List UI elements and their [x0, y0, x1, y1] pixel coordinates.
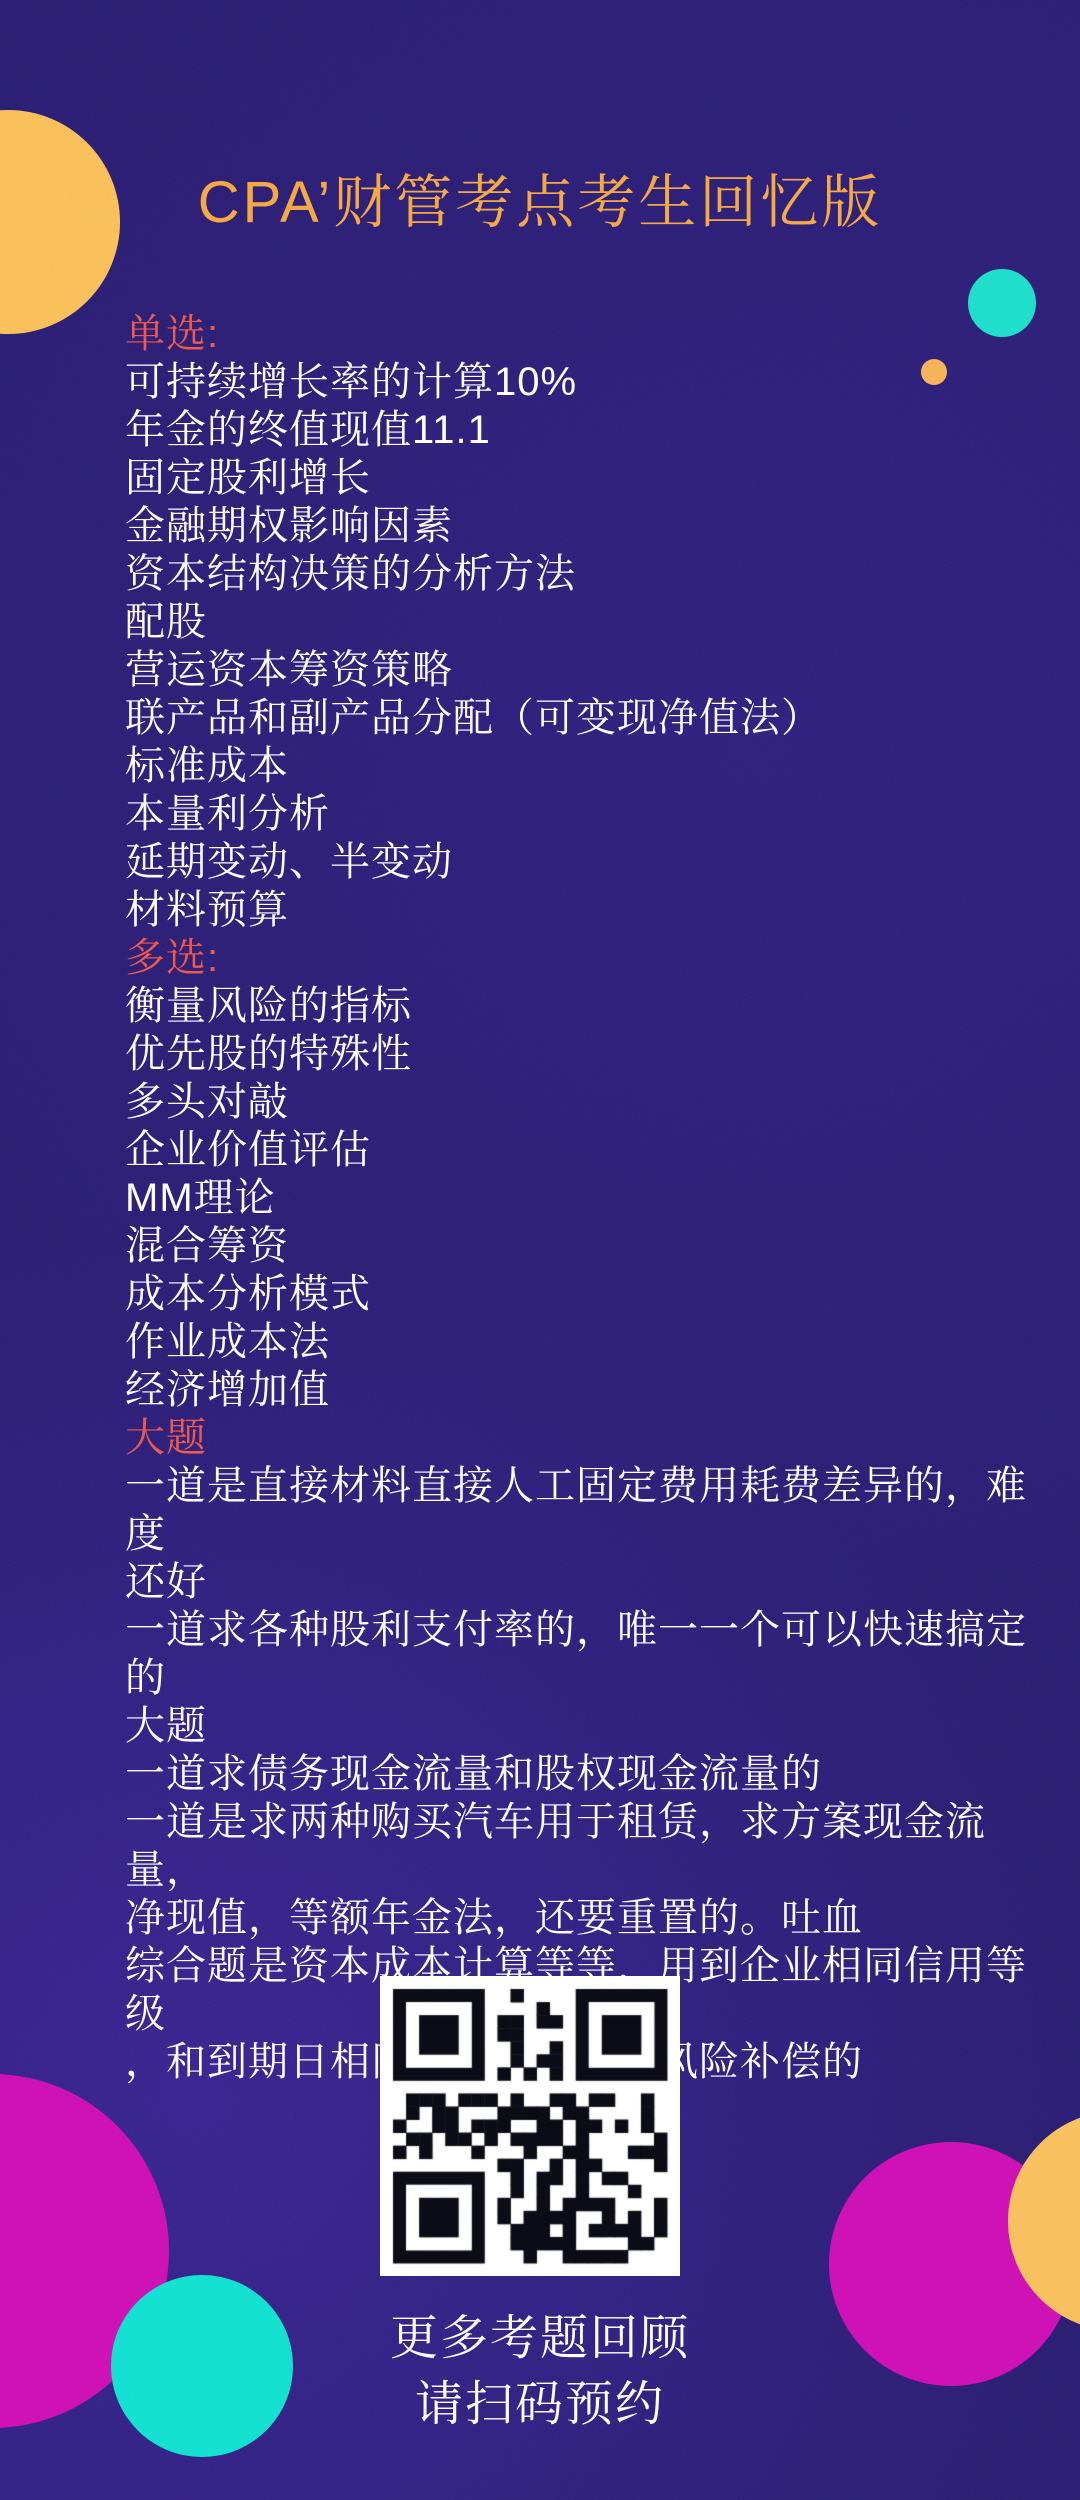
qr-caption-line-2: 请扫码预约 [0, 2372, 1080, 2438]
topic-line: 优先股的特殊性 [125, 1030, 1060, 1078]
topic-line: 一道求各种股利支付率的，唯一一个可以快速搞定的 [125, 1606, 1060, 1702]
qr-caption-line-1: 更多考题回顾 [0, 2306, 1080, 2372]
topic-line: 一道是求两种购买汽车用于租赁，求方案现金流量， [125, 1798, 1060, 1894]
topic-line: 金融期权影响因素 [125, 502, 1060, 550]
topic-line: 联产品和副产品分配（可变现净值法） [125, 694, 1060, 742]
topic-line: MM理论 [125, 1174, 1060, 1222]
section-header: 单选: [125, 310, 1060, 358]
topic-line: 标准成本 [125, 742, 1060, 790]
topic-line: 企业价值评估 [125, 1126, 1060, 1174]
qr-code-canvas [380, 1976, 680, 2276]
topic-line: 一道求债务现金流量和股权现金流量的 [125, 1750, 1060, 1798]
topic-line: 经济增加值 [125, 1366, 1060, 1414]
topic-line: 成本分析模式 [125, 1270, 1060, 1318]
topic-line: 营运资本筹资策略 [125, 646, 1060, 694]
topic-line: 延期变动、半变动 [125, 838, 1060, 886]
topic-line: 一道是直接材料直接人工固定费用耗费差异的，难度 [125, 1462, 1060, 1558]
page-title: CPA’财管考点考生回忆版 [0, 172, 1080, 234]
exam-recall-poster: CPA’财管考点考生回忆版 单选:可持续增长率的计算10%年金的终值现值11.1… [0, 0, 1080, 2500]
topic-line: 还好 [125, 1558, 1060, 1606]
topic-line: 可持续增长率的计算10% [125, 358, 1060, 406]
topic-line: 大题 [125, 1702, 1060, 1750]
topic-line: 配股 [125, 598, 1060, 646]
topic-line: 本量利分析 [125, 790, 1060, 838]
topic-line: 衡量风险的指标 [125, 982, 1060, 1030]
topic-line: 年金的终值现值11.1 [125, 406, 1060, 454]
topic-line: 多头对敲 [125, 1078, 1060, 1126]
topic-line: 混合筹资 [125, 1222, 1060, 1270]
topic-line: 净现值，等额年金法，还要重置的。吐血 [125, 1894, 1060, 1942]
exam-topics-list: 单选:可持续增长率的计算10%年金的终值现值11.1固定股利增长金融期权影响因素… [125, 310, 1060, 2086]
section-header: 多选: [125, 934, 1060, 982]
qr-caption: 更多考题回顾 请扫码预约 [0, 2306, 1080, 2438]
topic-line: 材料预算 [125, 886, 1060, 934]
topic-line: 资本结构决策的分析方法 [125, 550, 1060, 598]
topic-line: 固定股利增长 [125, 454, 1060, 502]
topic-line: 作业成本法 [125, 1318, 1060, 1366]
qr-code [380, 1976, 680, 2276]
section-header: 大题 [125, 1414, 1060, 1462]
